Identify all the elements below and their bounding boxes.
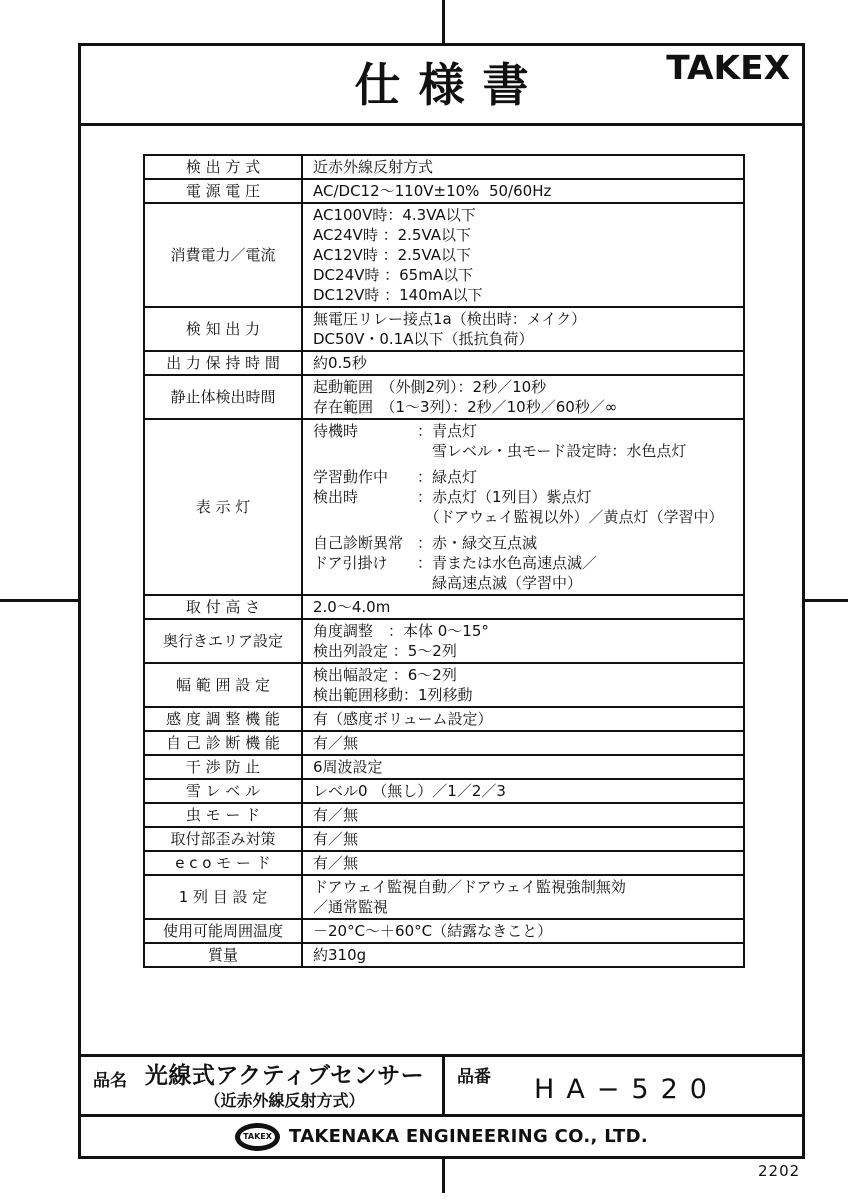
indicator-line: 検出時：赤点灯（1列目）紫点灯 <box>313 487 733 507</box>
value-line: 有／無 <box>313 805 733 825</box>
row-label: 使用可能周囲温度 <box>145 920 303 942</box>
indicator-line: 学習動作中：緑点灯 <box>313 467 733 487</box>
company-name: TAKENAKA ENGINEERING CO., LTD. <box>289 1126 648 1147</box>
row-label: 検 出 方 式 <box>145 156 303 178</box>
value-line: ドアウェイ監視自動／ドアウェイ監視強制無効 <box>313 877 733 897</box>
indicator-term <box>313 573 417 593</box>
product-name-label: 品名 <box>93 1062 127 1091</box>
value-line: 2.0～4.0m <box>313 597 733 617</box>
row-value: 待機時：青点灯 雪レベル・虫モード設定時：水色点灯学習動作中：緑点灯検出時：赤点… <box>303 420 743 594</box>
table-row: 感 度 調 整 機 能有（感度ボリューム設定） <box>145 708 743 732</box>
indicator-line: 自己診断異常：赤・緑交互点滅 <box>313 533 733 553</box>
value-line: AC24V時 ：2.5VA以下 <box>313 225 733 245</box>
value-line: 6周波設定 <box>313 757 733 777</box>
indicator-value: ：赤点灯（1列目）紫点灯 <box>417 487 592 507</box>
indicator-line: 緑高速点滅（学習中） <box>313 573 733 593</box>
row-label: 検 知 出 力 <box>145 308 303 350</box>
product-number-cell: 品番 HA−520 <box>445 1057 802 1114</box>
row-label: 取 付 高 さ <box>145 596 303 618</box>
table-row: 虫 モ ー ド有／無 <box>145 804 743 828</box>
value-line: 有（感度ボリューム設定） <box>313 709 733 729</box>
indicator-term <box>313 507 417 527</box>
table-row: 電 源 電 圧AC/DC12～110V±10% 50/60Hz <box>145 180 743 204</box>
value-line: DC24V時 ：65mA以下 <box>313 265 733 285</box>
value-line: 無電圧リレー接点1a（検出時：メイク） <box>313 309 733 329</box>
indicator-line: ドア引掛け：青または水色高速点滅／ <box>313 553 733 573</box>
row-label: 質量 <box>145 944 303 966</box>
trim-mark-bottom <box>442 1159 445 1193</box>
table-row: 奥行きエリア設定角度調整 ：本体 0～15°検出列設定 ：5～2列 <box>145 620 743 664</box>
table-row: 静止体検出時間起動範囲 （外側2列）：2秒／10秒存在範囲 （1～3列）：2秒／… <box>145 376 743 420</box>
product-name-cell: 品名 光線式アクティブセンサー （近赤外線反射方式） <box>81 1057 445 1114</box>
sheet-border: 仕様書 TAKEX 検 出 方 式近赤外線反射方式電 源 電 圧AC/DC12～… <box>78 43 805 1159</box>
spec-table: 検 出 方 式近赤外線反射方式電 源 電 圧AC/DC12～110V±10% 5… <box>143 154 745 968</box>
row-value: 約310g <box>303 944 743 966</box>
table-row: e c o モ ー ド有／無 <box>145 852 743 876</box>
indicator-value: （ドアウェイ監視以外）／黄点灯（学習中） <box>417 507 723 527</box>
value-line: 検出範囲移動：1列移動 <box>313 685 733 705</box>
value-line: AC/DC12～110V±10% 50/60Hz <box>313 181 733 201</box>
takex-oval-logo-icon: TAKEX <box>235 1123 280 1151</box>
row-label: 静止体検出時間 <box>145 376 303 418</box>
value-line: 検出列設定 ：5～2列 <box>313 641 733 661</box>
indicator-term: 自己診断異常 <box>313 533 417 553</box>
row-label: 1 列 目 設 定 <box>145 876 303 918</box>
value-line: AC12V時 ：2.5VA以下 <box>313 245 733 265</box>
trim-mark-right <box>805 599 848 602</box>
brand-logo-takex: TAKEX <box>666 51 790 84</box>
indicator-line: 待機時：青点灯 <box>313 421 733 441</box>
product-name-sub: （近赤外線反射方式） <box>204 1090 364 1112</box>
indicator-term <box>313 441 417 461</box>
table-row: 取付部歪み対策有／無 <box>145 828 743 852</box>
indicator-value: 緑高速点滅（学習中） <box>417 573 582 593</box>
row-label: 電 源 電 圧 <box>145 180 303 202</box>
indicator-value: ：青または水色高速点滅／ <box>417 553 597 573</box>
row-value: 近赤外線反射方式 <box>303 156 743 178</box>
trim-mark-left <box>0 599 78 602</box>
row-label: e c o モ ー ド <box>145 852 303 874</box>
row-label: 奥行きエリア設定 <box>145 620 303 662</box>
row-value: 有／無 <box>303 852 743 874</box>
row-value: AC100V時：4.3VA以下AC24V時 ：2.5VA以下AC12V時 ：2.… <box>303 204 743 306</box>
row-value: 無電圧リレー接点1a（検出時：メイク）DC50V・0.1A以下（抵抗負荷） <box>303 308 743 350</box>
row-label: 自 己 診 断 機 能 <box>145 732 303 754</box>
value-line: 角度調整 ：本体 0～15° <box>313 621 733 641</box>
indicator-value: 雪レベル・虫モード設定時：水色点灯 <box>417 441 686 461</box>
value-line: 約0.5秒 <box>313 353 733 373</box>
value-line: ／通常監視 <box>313 897 733 917</box>
value-line: DC50V・0.1A以下（抵抗負荷） <box>313 329 733 349</box>
indicator-line: 雪レベル・虫モード設定時：水色点灯 <box>313 441 733 461</box>
row-label: 消費電力／電流 <box>145 204 303 306</box>
value-line: 起動範囲 （外側2列）：2秒／10秒 <box>313 377 733 397</box>
title-bar: 仕様書 TAKEX <box>81 46 802 126</box>
trim-mark-top <box>442 0 445 43</box>
row-value: ドアウェイ監視自動／ドアウェイ監視強制無効／通常監視 <box>303 876 743 918</box>
indicator-value: ：緑点灯 <box>417 467 477 487</box>
product-number-value: HA−520 <box>528 1074 719 1105</box>
page-title: 仕様書 <box>337 62 547 108</box>
value-line: 有／無 <box>313 853 733 873</box>
spec-sheet-page: 仕様書 TAKEX 検 出 方 式近赤外線反射方式電 源 電 圧AC/DC12～… <box>0 0 848 1200</box>
value-line: 近赤外線反射方式 <box>313 157 733 177</box>
row-label: 虫 モ ー ド <box>145 804 303 826</box>
row-value: 起動範囲 （外側2列）：2秒／10秒存在範囲 （1～3列）：2秒／10秒／60秒… <box>303 376 743 418</box>
value-line: 存在範囲 （1～3列）：2秒／10秒／60秒／∞ <box>313 397 733 417</box>
table-row: 自 己 診 断 機 能有／無 <box>145 732 743 756</box>
indicator-term: 検出時 <box>313 487 417 507</box>
indicator-value: ：青点灯 <box>417 421 477 441</box>
row-value: 有／無 <box>303 804 743 826</box>
row-label: 取付部歪み対策 <box>145 828 303 850</box>
row-value: －20°C～＋60°C（結露なきこと） <box>303 920 743 942</box>
row-label: 幅 範 囲 設 定 <box>145 664 303 706</box>
row-value: 2.0～4.0m <box>303 596 743 618</box>
product-name-value: 光線式アクティブセンサー （近赤外線反射方式） <box>135 1062 434 1112</box>
row-value: 有／無 <box>303 828 743 850</box>
row-value: レベル0 （無し）／1／2／3 <box>303 780 743 802</box>
row-value: 角度調整 ：本体 0～15°検出列設定 ：5～2列 <box>303 620 743 662</box>
row-value: 有（感度ボリューム設定） <box>303 708 743 730</box>
footer-block: 品名 光線式アクティブセンサー （近赤外線反射方式） 品番 HA−520 TAK… <box>81 1054 802 1156</box>
table-row: 干 渉 防 止6周波設定 <box>145 756 743 780</box>
value-line: 検出幅設定 ：6～2列 <box>313 665 733 685</box>
indicator-term: 学習動作中 <box>313 467 417 487</box>
row-value: 6周波設定 <box>303 756 743 778</box>
indicator-line: （ドアウェイ監視以外）／黄点灯（学習中） <box>313 507 733 527</box>
product-row: 品名 光線式アクティブセンサー （近赤外線反射方式） 品番 HA−520 <box>81 1057 802 1117</box>
product-number-label: 品番 <box>457 1062 491 1087</box>
table-row: 検 知 出 力無電圧リレー接点1a（検出時：メイク）DC50V・0.1A以下（抵… <box>145 308 743 352</box>
row-label: 感 度 調 整 機 能 <box>145 708 303 730</box>
value-line: 有／無 <box>313 829 733 849</box>
row-value: 検出幅設定 ：6～2列検出範囲移動：1列移動 <box>303 664 743 706</box>
table-row: 検 出 方 式近赤外線反射方式 <box>145 156 743 180</box>
value-line: DC12V時 ：140mA以下 <box>313 285 733 305</box>
row-label: 表 示 灯 <box>145 420 303 594</box>
row-value: 約0.5秒 <box>303 352 743 374</box>
row-value: AC/DC12～110V±10% 50/60Hz <box>303 180 743 202</box>
row-value: 有／無 <box>303 732 743 754</box>
indicator-value: ：赤・緑交互点滅 <box>417 533 537 553</box>
row-label: 出 力 保 持 時 間 <box>145 352 303 374</box>
value-line: AC100V時：4.3VA以下 <box>313 205 733 225</box>
value-line: －20°C～＋60°C（結露なきこと） <box>313 921 733 941</box>
table-row: 幅 範 囲 設 定検出幅設定 ：6～2列検出範囲移動：1列移動 <box>145 664 743 708</box>
value-line: 約310g <box>313 945 733 965</box>
table-row: 表 示 灯待機時：青点灯 雪レベル・虫モード設定時：水色点灯学習動作中：緑点灯検… <box>145 420 743 596</box>
table-row: 取 付 高 さ2.0～4.0m <box>145 596 743 620</box>
value-line: レベル0 （無し）／1／2／3 <box>313 781 733 801</box>
table-row: 出 力 保 持 時 間約0.5秒 <box>145 352 743 376</box>
table-row: 消費電力／電流AC100V時：4.3VA以下AC24V時 ：2.5VA以下AC1… <box>145 204 743 308</box>
indicator-term: 待機時 <box>313 421 417 441</box>
company-row: TAKEX TAKENAKA ENGINEERING CO., LTD. <box>81 1117 802 1156</box>
value-line: 有／無 <box>313 733 733 753</box>
table-row: 使用可能周囲温度－20°C～＋60°C（結露なきこと） <box>145 920 743 944</box>
row-label: 干 渉 防 止 <box>145 756 303 778</box>
table-row: 1 列 目 設 定ドアウェイ監視自動／ドアウェイ監視強制無効／通常監視 <box>145 876 743 920</box>
row-label: 雪 レ ベ ル <box>145 780 303 802</box>
doc-number: 2202 <box>758 1162 800 1180</box>
indicator-term: ドア引掛け <box>313 553 417 573</box>
takex-oval-logo-text: TAKEX <box>243 1133 272 1141</box>
table-row: 雪 レ ベ ルレベル0 （無し）／1／2／3 <box>145 780 743 804</box>
product-name-main: 光線式アクティブセンサー <box>145 1062 424 1090</box>
table-row: 質量約310g <box>145 944 743 966</box>
